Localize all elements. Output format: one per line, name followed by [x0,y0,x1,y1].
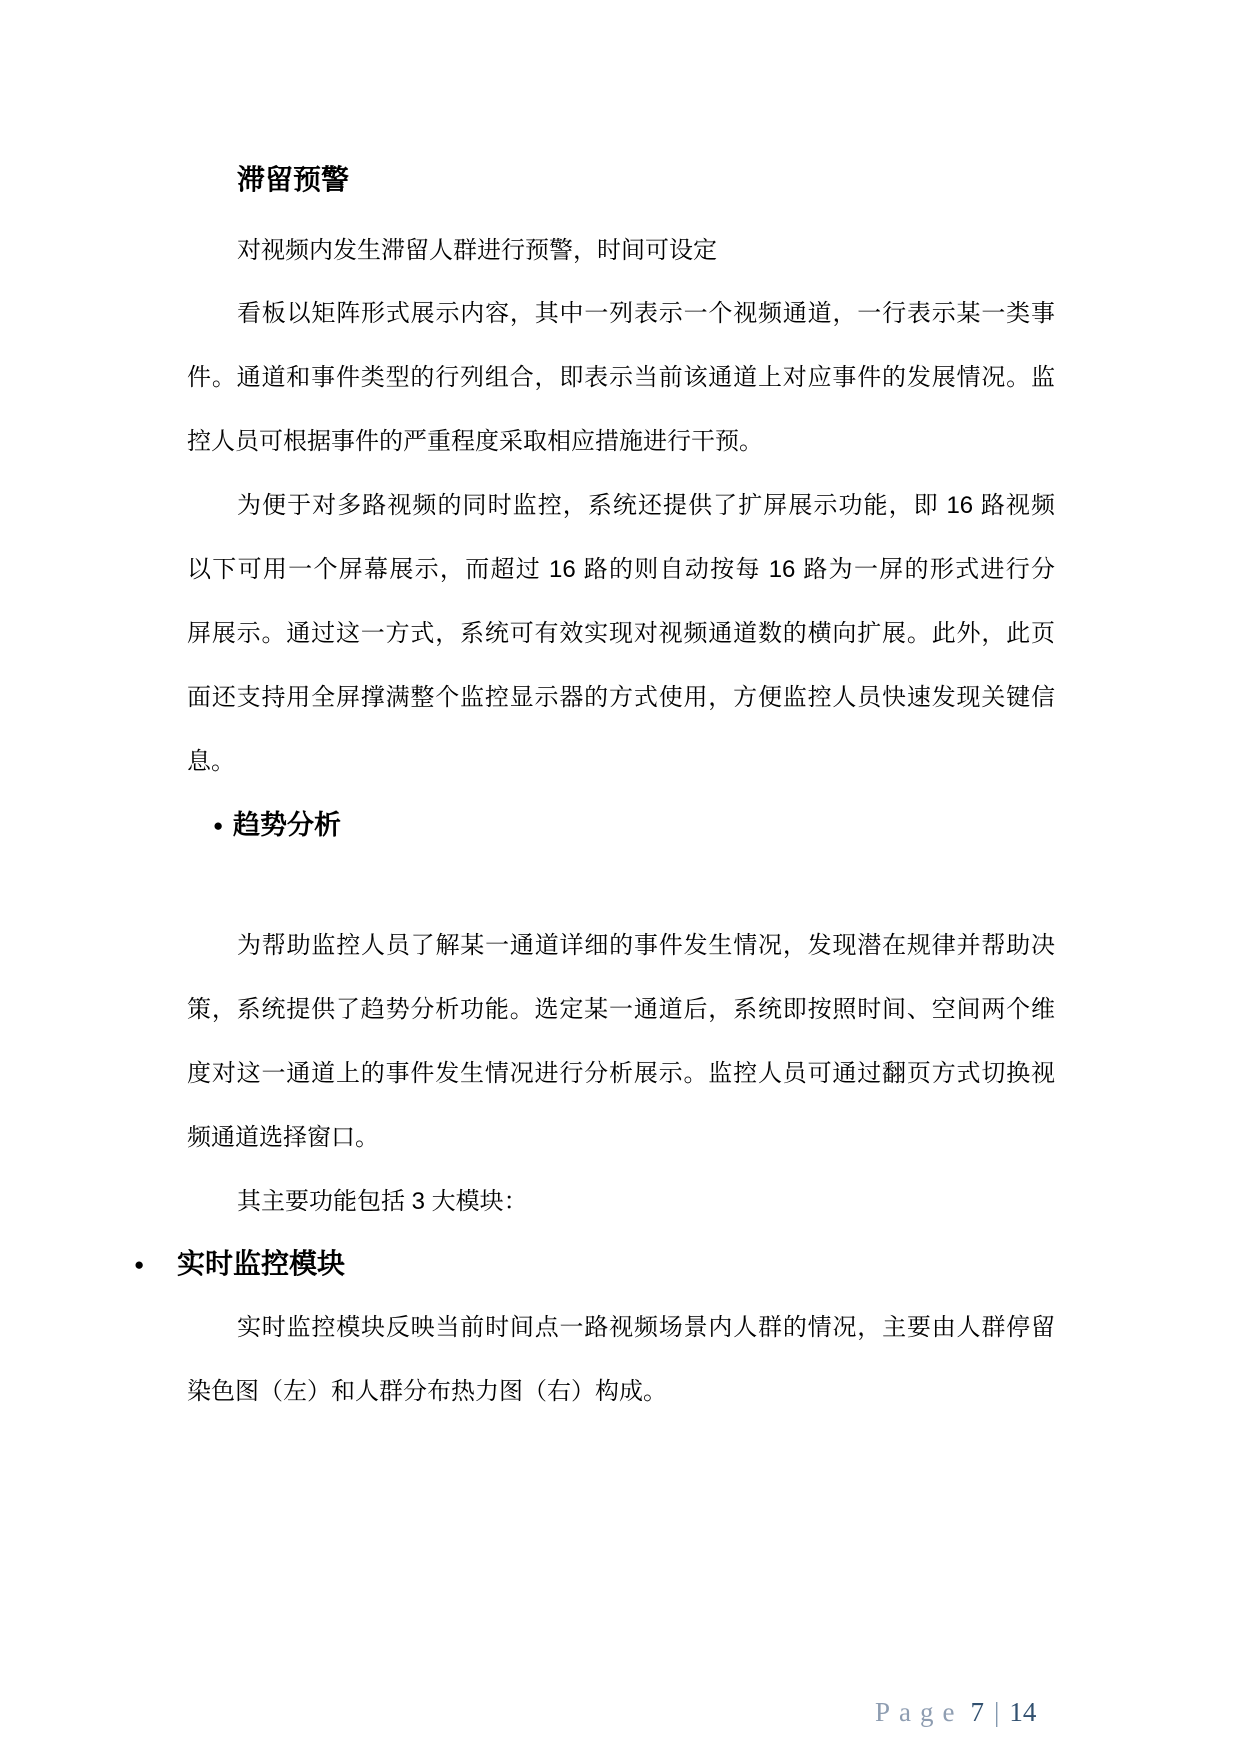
text-line: 染色图（左）和人群分布热力图（右）构成。 [187,1375,667,1409]
text-line: 为便于对多路视频的同时监控，系统还提供了扩屏展示功能，即 16 路视频 [237,489,1055,523]
text-line: 对视频内发生滞留人群进行预警，时间可设定 [237,234,717,268]
bullet-item: ●趋势分析 [213,808,341,842]
document-page: 滞留预警对视频内发生滞留人群进行预警，时间可设定看板以矩阵形式展示内容，其中一列… [0,0,1240,1754]
footer-page-label: Page [875,1697,963,1727]
text-line: 频通道选择窗口。 [187,1121,379,1155]
footer-page-total: 14 [1009,1697,1036,1727]
footer-page-number: 7 [970,1697,984,1727]
text-line: 面还支持用全屏撑满整个监控显示器的方式使用，方便监控人员快速发现关键信 [187,681,1055,715]
text-line: 其主要功能包括 3 大模块： [237,1185,528,1219]
text-line: 策，系统提供了趋势分析功能。选定某一通道后，系统即按照时间、空间两个维 [187,993,1055,1027]
bullet-label: 趋势分析 [233,810,341,840]
page-footer: Page7|14 [875,1695,1036,1729]
text-line: 为帮助监控人员了解某一通道详细的事件发生情况，发现潜在规律并帮助决 [237,929,1055,963]
bullet-icon: ● [134,1248,177,1282]
bullet-item: ●实时监控模块 [134,1247,345,1281]
text-line: 息。 [187,745,235,779]
text-line: 件。通道和事件类型的行列组合，即表示当前该通道上对应事件的发展情况。监 [187,361,1055,395]
bullet-icon: ● [213,809,233,843]
text-line: 度对这一通道上的事件发生情况进行分析展示。监控人员可通过翻页方式切换视 [187,1057,1055,1091]
footer-separator: | [984,1697,1009,1727]
text-line: 屏展示。通过这一方式，系统可有效实现对视频通道数的横向扩展。此外，此页 [187,617,1055,651]
bullet-label: 实时监控模块 [177,1248,345,1279]
text-line: 实时监控模块反映当前时间点一路视频场景内人群的情况，主要由人群停留 [237,1311,1055,1345]
text-line: 看板以矩阵形式展示内容，其中一列表示一个视频通道，一行表示某一类事 [237,297,1055,331]
text-line: 控人员可根据事件的严重程度采取相应措施进行干预。 [187,425,763,459]
section-heading: 滞留预警 [237,163,349,197]
text-line: 以下可用一个屏幕展示，而超过 16 路的则自动按每 16 路为一屏的形式进行分 [187,553,1055,587]
